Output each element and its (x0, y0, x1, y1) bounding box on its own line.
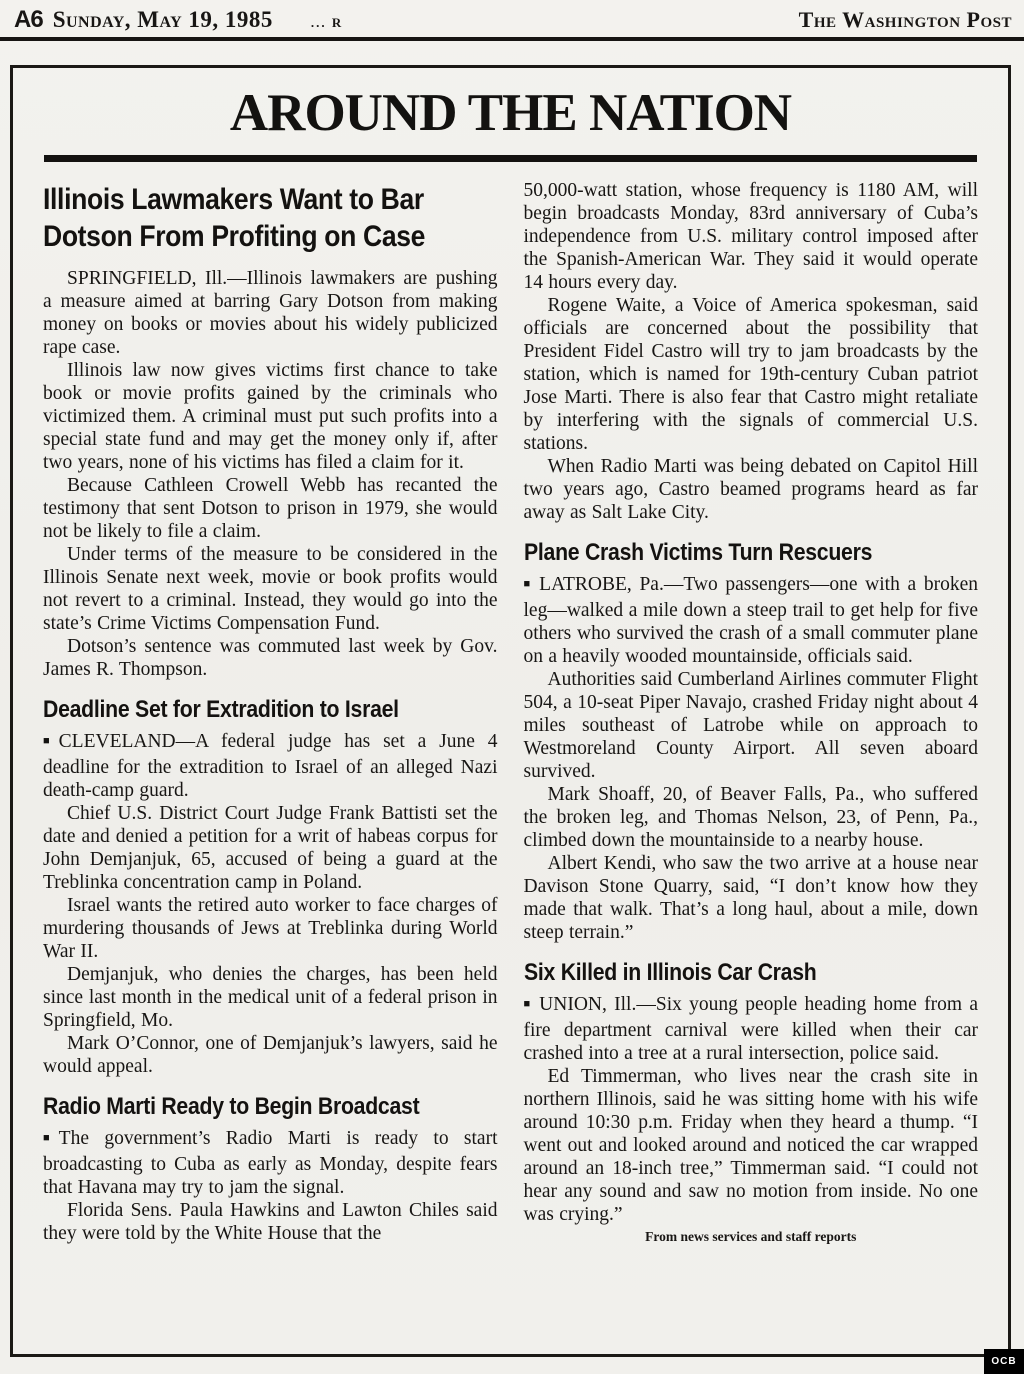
right-column: 50,000-watt station, whose frequency is … (524, 179, 979, 1245)
article-paragraph-text: Ed Timmerman, who lives near the crash s… (524, 1066, 979, 1225)
article-paragraph-text: Authorities said Cumberland Airlines com… (524, 669, 979, 782)
article-paragraph-text: Because Cathleen Crowell Webb has recant… (43, 475, 498, 542)
article-paragraph: ■The government’s Radio Marti is ready t… (43, 1127, 498, 1199)
square-bullet-icon: ■ (43, 1127, 50, 1150)
article-paragraph-text: Chief U.S. District Court Judge Frank Ba… (43, 803, 498, 893)
article-paragraph: Chief U.S. District Court Judge Frank Ba… (43, 802, 498, 894)
section-heading: Radio Marti Ready to Begin Broadcast (43, 1093, 498, 1120)
article-paragraph: 50,000-watt station, whose frequency is … (524, 179, 979, 294)
article-paragraph: Under terms of the measure to be conside… (43, 543, 498, 635)
article-paragraph: Albert Kendi, who saw the two arrive at … (524, 852, 979, 944)
section-heading-text: Deadline Set for Extradition to Israel (43, 696, 399, 723)
article-paragraph-text: The government’s Radio Marti is ready to… (43, 1128, 498, 1198)
article-paragraph: Because Cathleen Crowell Webb has recant… (43, 474, 498, 543)
section-heading: Plane Crash Victims Turn Rescuers (524, 539, 979, 566)
article-paragraph-text: UNION, Ill.—Six young people heading hom… (524, 994, 979, 1064)
article-headline: Illinois Lawmakers Want to Bar Dotson Fr… (43, 181, 498, 255)
article-paragraph: Ed Timmerman, who lives near the crash s… (524, 1065, 979, 1226)
article-headline-text: Illinois Lawmakers Want to Bar Dotson Fr… (43, 183, 425, 253)
section-heading: Deadline Set for Extradition to Israel (43, 696, 498, 723)
article-paragraph: Rogene Waite, a Voice of America spokesm… (524, 294, 979, 455)
article-paragraph-text: Mark Shoaff, 20, of Beaver Falls, Pa., w… (524, 784, 979, 851)
article-paragraph-text: Illinois law now gives victims first cha… (43, 360, 498, 473)
section-heading-text: Six Killed in Illinois Car Crash (524, 959, 816, 986)
article-paragraph-text: Florida Sens. Paula Hawkins and Lawton C… (43, 1200, 498, 1244)
article-paragraph: SPRINGFIELD, Ill.—Illinois lawmakers are… (43, 267, 498, 359)
article-paragraph: Dotson’s sentence was commuted last week… (43, 635, 498, 681)
around-the-nation-box: AROUND THE NATION Illinois Lawmakers Wan… (10, 65, 1011, 1357)
article-paragraph-text: 50,000-watt station, whose frequency is … (524, 180, 979, 293)
article-paragraph: ■LATROBE, Pa.—Two passengers—one with a … (524, 573, 979, 668)
article-paragraph-text: Demjanjuk, who denies the charges, has b… (43, 964, 498, 1031)
article-columns: Illinois Lawmakers Want to Bar Dotson Fr… (13, 162, 1008, 1245)
article-paragraph: Florida Sens. Paula Hawkins and Lawton C… (43, 1199, 498, 1245)
article-paragraph-text: Mark O’Connor, one of Demjanjuk’s lawyer… (43, 1033, 498, 1077)
source-byline: From news services and staff reports (524, 1229, 979, 1245)
section-heading-text: Radio Marti Ready to Begin Broadcast (43, 1093, 419, 1120)
page-header-left: A6 Sunday, May 19, 1985 ... R (14, 6, 343, 34)
edition-mark: ... R (311, 15, 343, 31)
article-paragraph-text: Israel wants the retired auto worker to … (43, 895, 498, 962)
square-bullet-icon: ■ (43, 730, 50, 753)
left-column: Illinois Lawmakers Want to Bar Dotson Fr… (43, 179, 498, 1245)
article-paragraph-text: Dotson’s sentence was commuted last week… (43, 636, 498, 680)
article-paragraph-text: Rogene Waite, a Voice of America spokesm… (524, 295, 979, 454)
article-paragraph-text: LATROBE, Pa.—Two passengers—one with a b… (524, 574, 979, 667)
section-heading-text: Plane Crash Victims Turn Rescuers (524, 539, 872, 566)
article-paragraph-text: CLEVELAND—A federal judge has set a June… (43, 731, 498, 801)
article-paragraph: Illinois law now gives victims first cha… (43, 359, 498, 474)
header-rule (0, 37, 1024, 41)
page-number: A6 (14, 6, 43, 34)
article-paragraph-text: SPRINGFIELD, Ill.—Illinois lawmakers are… (43, 268, 498, 358)
article-paragraph-text: Under terms of the measure to be conside… (43, 544, 498, 634)
article-paragraph: Mark O’Connor, one of Demjanjuk’s lawyer… (43, 1032, 498, 1078)
section-heading: Six Killed in Illinois Car Crash (524, 959, 979, 986)
page-header-right: The Washington Post (799, 7, 1012, 33)
article-paragraph: Demjanjuk, who denies the charges, has b… (43, 963, 498, 1032)
article-paragraph-text: Albert Kendi, who saw the two arrive at … (524, 853, 979, 943)
article-paragraph-text: When Radio Marti was being debated on Ca… (524, 456, 979, 523)
article-paragraph: Israel wants the retired auto worker to … (43, 894, 498, 963)
square-bullet-icon: ■ (524, 993, 531, 1016)
newspaper-masthead: The Washington Post (799, 7, 1012, 32)
banner-title: AROUND THE NATION (13, 84, 1008, 142)
ocb-watermark-badge: OCB (984, 1349, 1024, 1374)
article-paragraph: When Radio Marti was being debated on Ca… (524, 455, 979, 524)
article-paragraph: Mark Shoaff, 20, of Beaver Falls, Pa., w… (524, 783, 979, 852)
banner-rule (44, 155, 977, 162)
square-bullet-icon: ■ (524, 573, 531, 596)
source-byline-text: From news services and staff reports (645, 1229, 856, 1244)
article-paragraph: ■UNION, Ill.—Six young people heading ho… (524, 993, 979, 1065)
page-date: Sunday, May 19, 1985 (53, 7, 273, 33)
page-header: A6 Sunday, May 19, 1985 ... R The Washin… (14, 6, 1012, 34)
article-paragraph: Authorities said Cumberland Airlines com… (524, 668, 979, 783)
article-paragraph: ■CLEVELAND—A federal judge has set a Jun… (43, 730, 498, 802)
